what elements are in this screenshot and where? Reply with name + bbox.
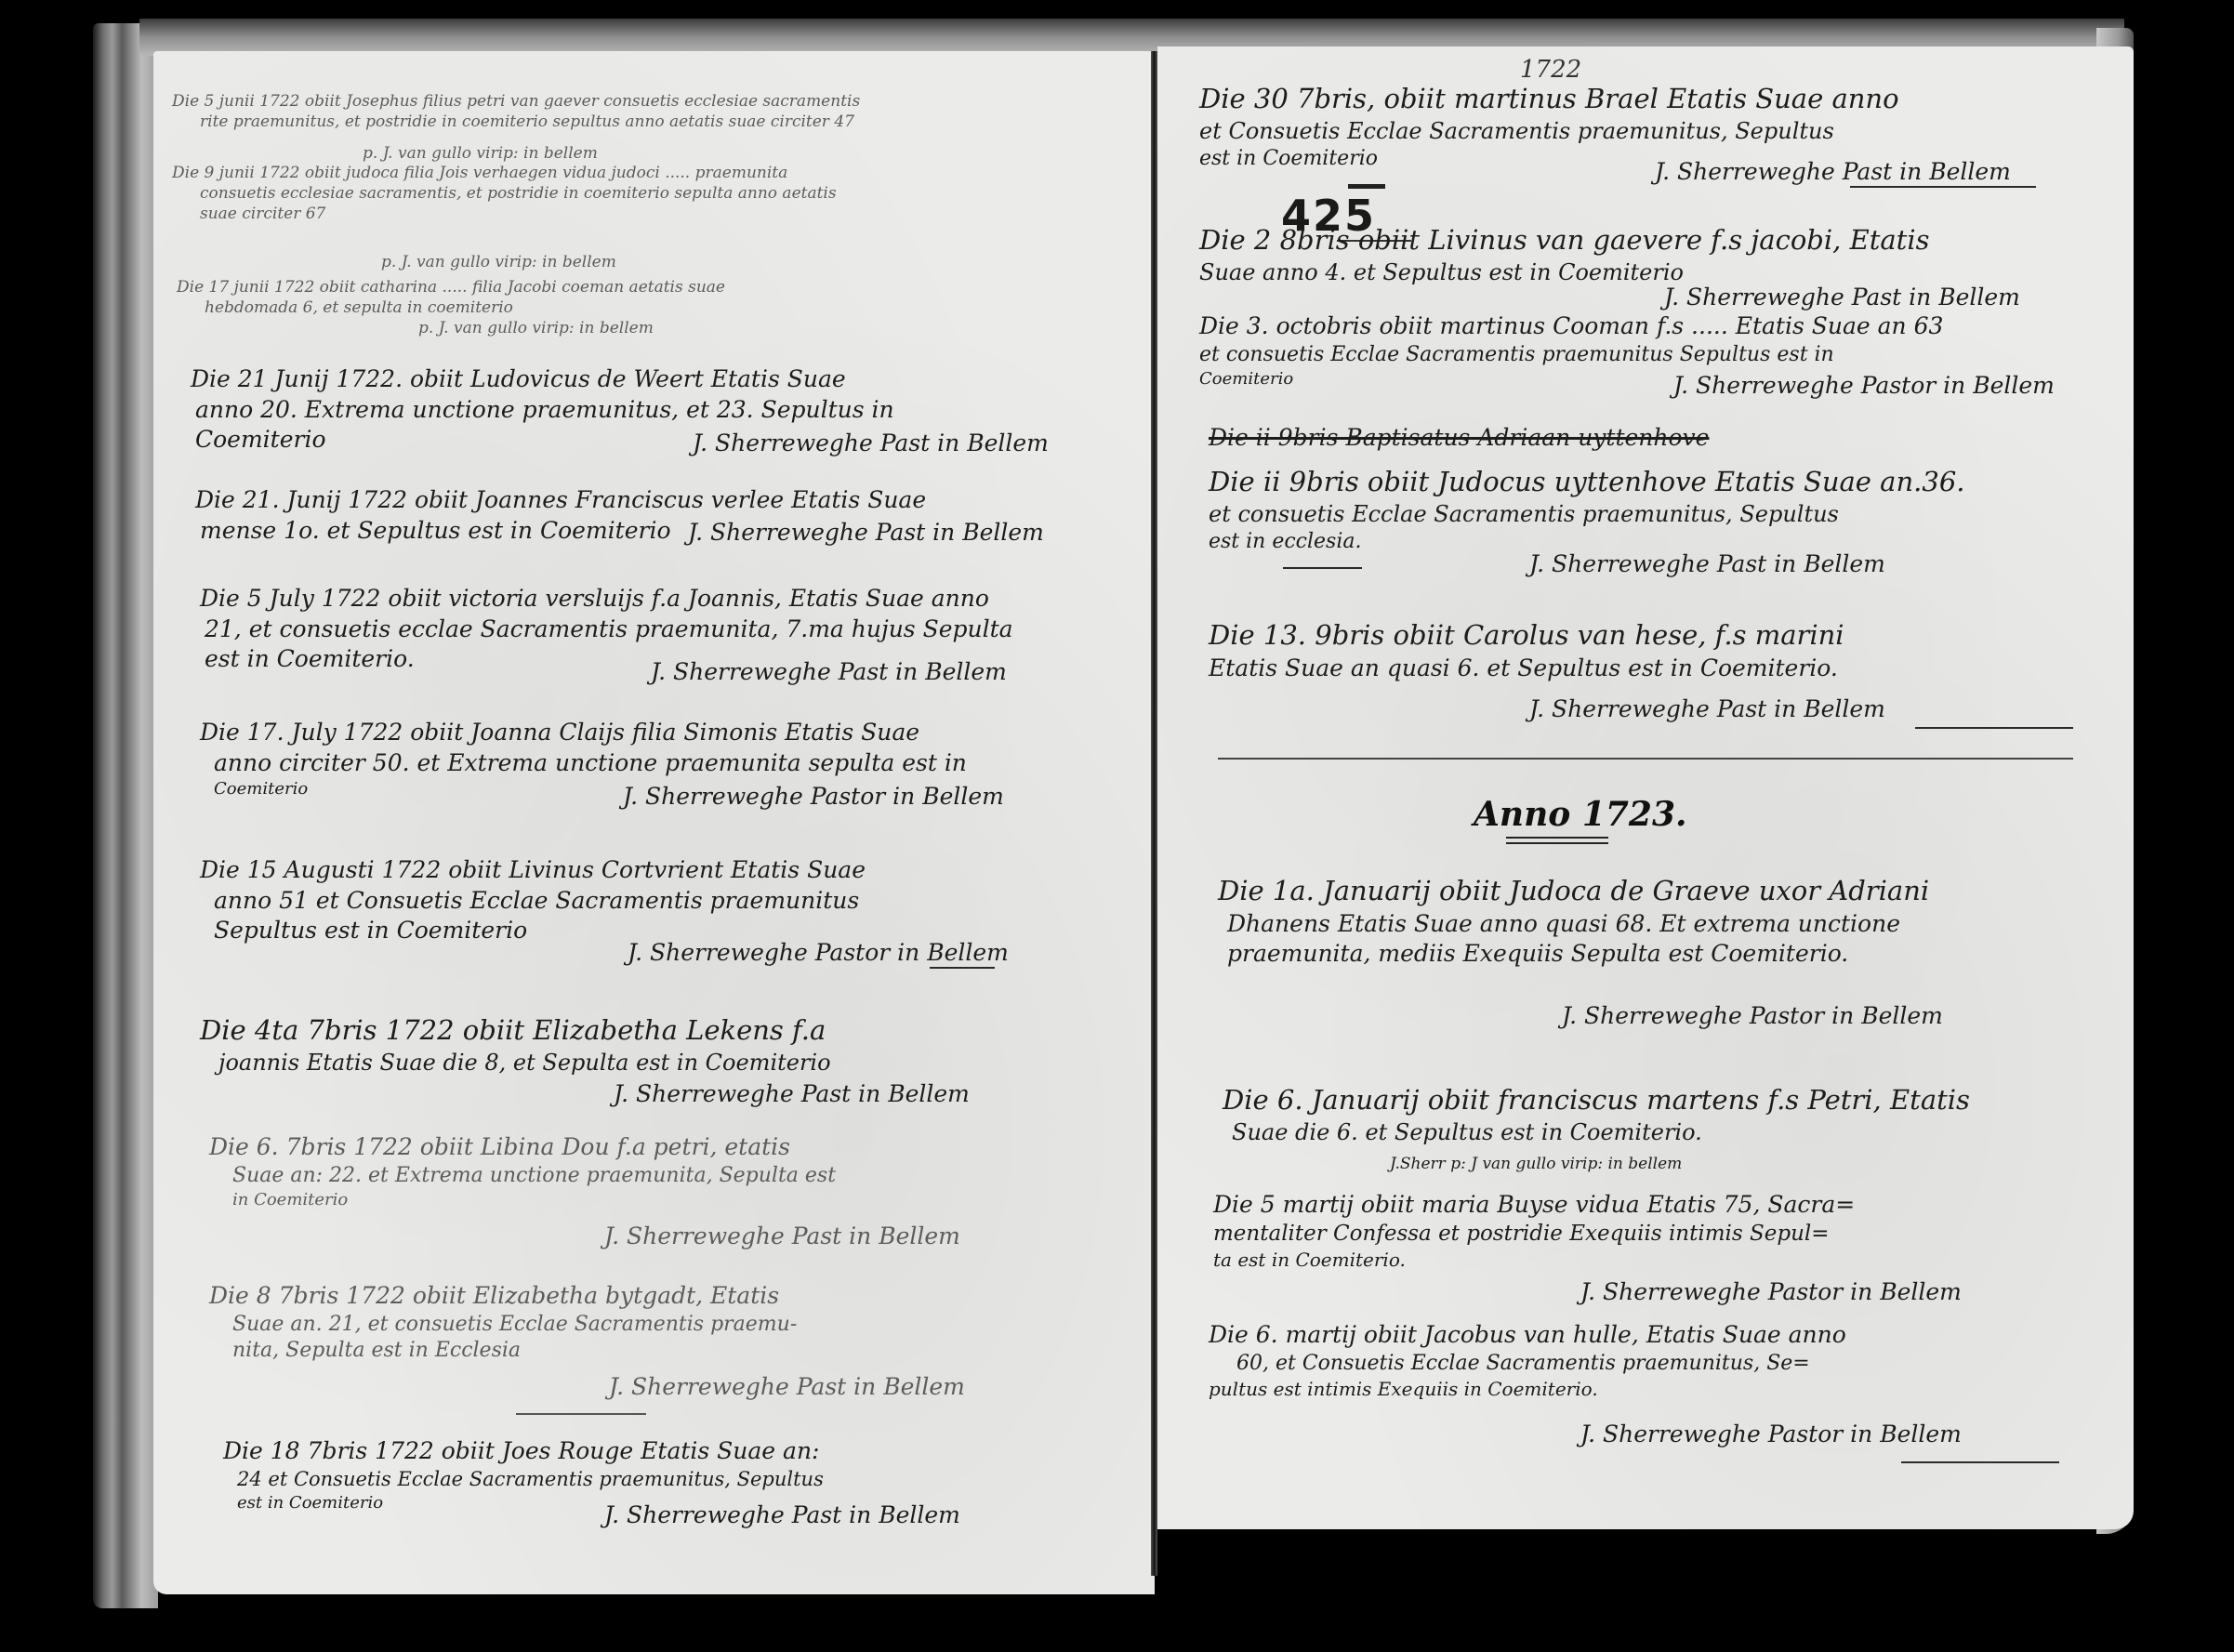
register-entry: Die 6. 7bris 1722 obiit Libina Dou f.a p…	[209, 1132, 836, 1210]
entry-line: Die 21 Junij 1722. obiit Ludovicus de We…	[191, 364, 894, 395]
entry-line: nita, Sepulta est in Ecclesia	[209, 1338, 797, 1365]
open-register-book: Die 5 junii 1722 obiit Josephus filius p…	[0, 0, 2234, 1652]
curate-signature: J. Sherreweghe Past in Bellem	[651, 658, 1007, 685]
curate-signature: J. Sherreweghe Pastor in Bellem	[628, 939, 1009, 966]
signature-underline	[1915, 727, 2073, 729]
entry-line: Die 6. Januarij obiit franciscus martens…	[1223, 1083, 1970, 1118]
entry-line: Die 2 8bris obiit Livinus van gaevere f.…	[1199, 223, 1930, 258]
entry-line: Dhanens Etatis Suae anno quasi 68. Et ex…	[1218, 909, 1929, 940]
book-gutter	[1151, 51, 1157, 1576]
entry-line: Die 17 junii 1722 obiit catharina ..... …	[177, 277, 725, 297]
entry-line: praemunita, mediis Exequiis Sepulta est …	[1218, 939, 1929, 970]
curate-signature: J. Sherreweghe Past in Bellem	[614, 1080, 970, 1107]
entry-line: Die 6. martij obiit Jacobus van hulle, E…	[1209, 1320, 1846, 1351]
entry-line: Suae an. 21, et consuetis Ecclae Sacrame…	[209, 1312, 797, 1339]
curate-signature: J. Sherreweghe Past in Bellem	[1529, 550, 1885, 577]
left-page-top-edge	[139, 19, 1157, 56]
entry-line: Die 6. 7bris 1722 obiit Libina Dou f.a p…	[209, 1132, 836, 1163]
page-year-header: 1722	[1520, 56, 1581, 84]
entry-line: Suae die 6. et Sepultus est in Coemiteri…	[1223, 1118, 1970, 1147]
curate-signature: J. Sherreweghe Past in Bellem	[609, 1373, 965, 1400]
register-entry: Die 6. Januarij obiit franciscus martens…	[1223, 1083, 1970, 1147]
register-entry: Die 9 junii 1722 obiit judoca filia Jois…	[172, 163, 837, 224]
folio-overline	[1348, 184, 1385, 189]
register-entry: Die 1a. Januarij obiit Judoca de Graeve …	[1218, 874, 1929, 970]
curate-signature: J. Sherreweghe Pastor in Bellem	[1580, 1421, 1962, 1447]
entry-line: rite praemunitus, et postridie in coemit…	[172, 112, 860, 132]
entry-line: Die ii 9bris obiit Judocus uyttenhove Et…	[1209, 465, 1965, 500]
entry-line: 60, et Consuetis Ecclae Sacramentis prae…	[1209, 1351, 1846, 1378]
entry-line: et Consuetis Ecclae Sacramentis praemuni…	[1199, 117, 1899, 146]
section-divider-line	[1218, 758, 2073, 760]
entry-line: Die 13. 9bris obiit Carolus van hese, f.…	[1209, 618, 1844, 654]
entry-line: et consuetis Ecclae Sacramentis praemuni…	[1199, 342, 1943, 369]
entry-line: Die 5 junii 1722 obiit Josephus filius p…	[172, 91, 860, 112]
entry-line: Die 9 junii 1722 obiit judoca filia Jois…	[172, 163, 837, 183]
entry-line: consuetis ecclesiae sacramentis, et post…	[172, 183, 837, 204]
book-spine-edge	[93, 23, 158, 1608]
entry-line: joannis Etatis Suae die 8, et Sepulta es…	[200, 1049, 831, 1077]
curate-signature: J. Sherreweghe Past in Bellem	[604, 1222, 960, 1249]
curate-signature: p. J. van gullo virip: in bellem	[418, 319, 654, 337]
entry-line: Die ii 9bris Baptisatus Adriaan uyttenho…	[1209, 423, 1709, 454]
register-entry: Die 6. martij obiit Jacobus van hulle, E…	[1209, 1320, 1846, 1401]
entry-line: 24 et Consuetis Ecclae Sacramentis praem…	[223, 1467, 824, 1492]
entry-line: hebdomada 6, et sepulta in coemiterio	[177, 297, 725, 318]
entry-line: anno 20. Extrema unctione praemunitus, e…	[191, 395, 894, 426]
curate-signature: J. Sherreweghe Past in Bellem	[693, 430, 1049, 456]
struck-out-entry: Die ii 9bris Baptisatus Adriaan uyttenho…	[1209, 423, 1709, 454]
entry-line: Die 8 7bris 1722 obiit Elizabetha bytgad…	[209, 1281, 797, 1312]
register-entry: Die 4ta 7bris 1722 obiit Elizabetha Leke…	[200, 1013, 831, 1077]
register-entry: Die 2 8bris obiit Livinus van gaevere f.…	[1199, 223, 1930, 287]
register-entry: Die 13. 9bris obiit Carolus van hese, f.…	[1209, 618, 1844, 683]
entry-line: in Coemiterio	[209, 1189, 836, 1210]
entry-line: Die 21. Junij 1722 obiit Joannes Francis…	[195, 485, 926, 516]
signature-underline	[930, 967, 995, 969]
entry-line: Suae an: 22. et Extrema unctione praemun…	[209, 1163, 836, 1190]
entry-line: anno 51 et Consuetis Ecclae Sacramentis …	[200, 886, 866, 917]
ecclesia-double-underline	[1283, 567, 1362, 569]
entry-line: Die 5 martij obiit maria Buyse vidua Eta…	[1213, 1190, 1855, 1221]
curate-signature: J. Sherreweghe Pastor in Bellem	[1673, 372, 2055, 399]
entry-line: mentaliter Confessa et postridie Exequii…	[1213, 1221, 1855, 1249]
register-entry: Die ii 9bris obiit Judocus uyttenhove Et…	[1209, 465, 1965, 555]
year-section-header: Anno 1723.	[1474, 795, 1687, 834]
curate-signature: J. Sherreweghe Past in Bellem	[1655, 158, 2011, 185]
header-underline	[1506, 842, 1608, 844]
curate-signature: p. J. van gullo virip: in bellem	[363, 144, 598, 163]
curate-signature: J. Sherreweghe Past in Bellem	[604, 1501, 960, 1528]
entry-line: 21, et consuetis ecclae Sacramentis prae…	[200, 615, 1013, 645]
signature-underline	[516, 1413, 646, 1415]
curate-signature: J. Sherreweghe Past in Bellem	[688, 519, 1044, 546]
entry-line: Die 17. July 1722 obiit Joanna Claijs fi…	[200, 718, 967, 748]
entry-line: ta est in Coemiterio.	[1213, 1248, 1855, 1272]
register-entry: Die 8 7bris 1722 obiit Elizabetha bytgad…	[209, 1281, 797, 1365]
register-entry: Die 5 junii 1722 obiit Josephus filius p…	[172, 91, 860, 132]
curate-signature: J. Sherreweghe Past in Bellem	[1664, 284, 2020, 311]
register-entry: Die 5 martij obiit maria Buyse vidua Eta…	[1213, 1190, 1855, 1272]
curate-signature: J. Sherreweghe Pastor in Bellem	[623, 783, 1004, 810]
entry-line: anno circiter 50. et Extrema unctione pr…	[200, 748, 967, 779]
curate-signature: J.Sherr p: J van gullo virip: in bellem	[1390, 1155, 1682, 1173]
entry-line: Die 18 7bris 1722 obiit Joes Rouge Etati…	[223, 1436, 824, 1467]
signature-underline	[1850, 186, 2036, 188]
entry-line: Die 15 Augusti 1722 obiit Livinus Cortvr…	[200, 855, 866, 886]
entry-line: Die 4ta 7bris 1722 obiit Elizabetha Leke…	[200, 1013, 831, 1049]
entry-line: et consuetis Ecclae Sacramentis praemuni…	[1209, 500, 1965, 529]
entry-line: suae circiter 67	[172, 204, 837, 224]
entry-line: Etatis Suae an quasi 6. et Sepultus est …	[1209, 654, 1844, 684]
signature-underline	[1901, 1461, 2059, 1463]
entry-line: Die 3. octobris obiit martinus Cooman f.…	[1199, 311, 1943, 342]
curate-signature: p. J. van gullo virip: in bellem	[381, 253, 616, 271]
curate-signature: J. Sherreweghe Pastor in Bellem	[1580, 1278, 1962, 1305]
entry-line: pultus est intimis Exequiis in Coemiteri…	[1209, 1377, 1846, 1401]
register-entry: Die 17 junii 1722 obiit catharina ..... …	[177, 277, 725, 318]
curate-signature: J. Sherreweghe Pastor in Bellem	[1562, 1002, 1943, 1029]
header-underline	[1506, 837, 1608, 839]
entry-line: Die 5 July 1722 obiit victoria versluijs…	[200, 584, 1013, 615]
register-entry: Die 15 Augusti 1722 obiit Livinus Cortvr…	[200, 855, 866, 946]
curate-signature: J. Sherreweghe Past in Bellem	[1529, 695, 1885, 722]
entry-line: Die 30 7bris, obiit martinus Brael Etati…	[1199, 82, 1899, 117]
entry-line: Die 1a. Januarij obiit Judoca de Graeve …	[1218, 874, 1929, 909]
